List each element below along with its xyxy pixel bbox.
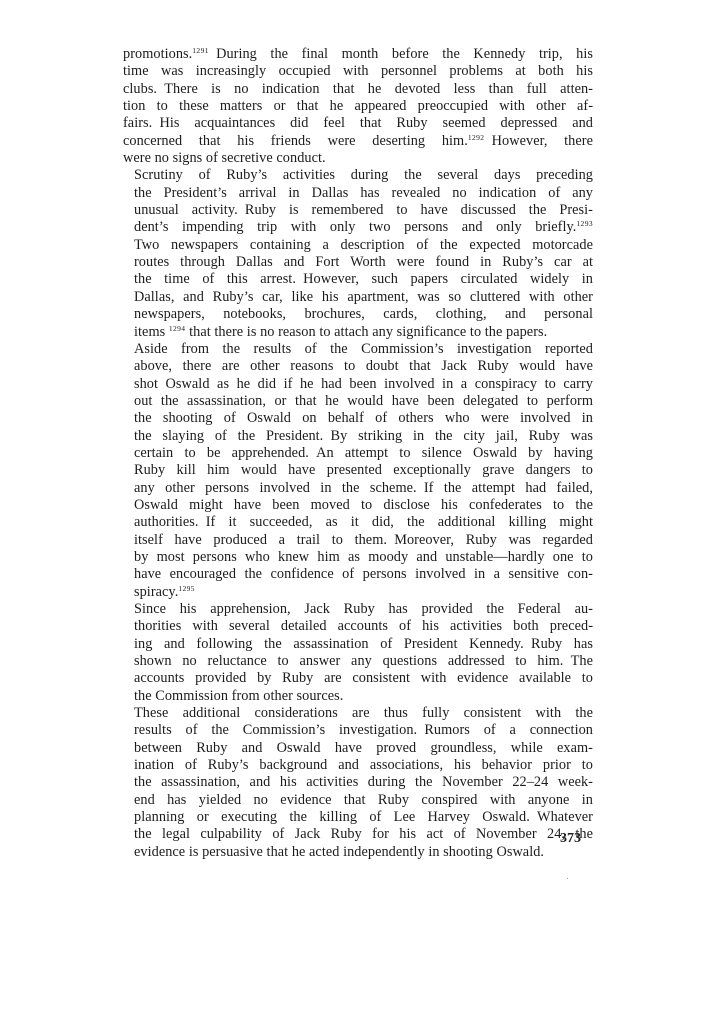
text-segment: that there is no reason to attach any si… xyxy=(185,324,547,340)
text-segment: end has yielded no evidence that Ruby co… xyxy=(134,792,593,808)
text-line: shot Oswald as he did if he had been inv… xyxy=(123,376,593,393)
text-segment: the time of this arrest. However, such p… xyxy=(134,271,593,287)
scan-speck xyxy=(567,878,568,879)
text-line: Dallas, and Ruby’s car, like his apartme… xyxy=(123,289,593,306)
text-line: the shooting of Oswald on behalf of othe… xyxy=(123,410,593,427)
text-segment: above, there are other reasons to doubt … xyxy=(134,358,593,374)
text-segment: fairs. His acquaintances did feel that R… xyxy=(123,115,593,131)
text-segment: routes through Dallas and Fort Worth wer… xyxy=(134,254,593,270)
text-segment: These additional considerations are thus… xyxy=(134,705,593,721)
text-line: spiracy.1295 xyxy=(123,584,593,601)
text-line: Ruby kill him would have presented excep… xyxy=(123,462,593,479)
text-segment: clubs. There is no indication that he de… xyxy=(123,81,593,97)
paragraph: promotions.1291 During the final month b… xyxy=(123,46,593,167)
text-segment: shot Oswald as he did if he had been inv… xyxy=(134,376,593,392)
text-segment: time was increasingly occupied with pers… xyxy=(123,63,593,79)
text-line: fairs. His acquaintances did feel that R… xyxy=(123,115,593,132)
text-segment: between Ruby and Oswald have proved grou… xyxy=(134,740,593,756)
text-segment: tion to these matters or that he appeare… xyxy=(123,98,593,114)
text-segment: spiracy. xyxy=(134,584,178,600)
text-segment: were no signs of secretive conduct. xyxy=(123,150,326,166)
text-segment: the shooting of Oswald on behalf of othe… xyxy=(134,410,593,426)
text-line: above, there are other reasons to doubt … xyxy=(123,358,593,375)
text-segment: the Commission from other sources. xyxy=(134,688,343,704)
footnote-ref: 1293 xyxy=(576,219,593,228)
text-line: clubs. There is no indication that he de… xyxy=(123,81,593,98)
text-segment: out the assassination, or that he would … xyxy=(134,393,593,409)
text-segment: the legal culpability of Jack Ruby for h… xyxy=(134,826,593,842)
text-segment: the slaying of the President. By strikin… xyxy=(134,428,593,444)
text-segment: Aside from the results of the Commission… xyxy=(134,341,593,357)
text-line: authorities. If it succeeded, as it did,… xyxy=(123,514,593,531)
text-segment: by most persons who knew him as moody an… xyxy=(134,549,593,565)
text-line: newspapers, notebooks, brochures, cards,… xyxy=(123,306,593,323)
document-page: promotions.1291 During the final month b… xyxy=(0,0,714,1010)
text-segment: promotions. xyxy=(123,46,192,62)
text-segment: Since his apprehension, Jack Ruby has pr… xyxy=(134,601,593,617)
text-line: promotions.1291 During the final month b… xyxy=(123,46,593,63)
text-segment: Scrutiny of Ruby’s activities during the… xyxy=(134,167,593,183)
text-line: These additional considerations are thus… xyxy=(123,705,593,722)
text-segment: ing and following the assassination of P… xyxy=(134,636,593,652)
text-segment: the assassination, and his activities du… xyxy=(134,774,593,790)
text-line: shown no reluctance to answer any questi… xyxy=(123,653,593,670)
text-line: thorities with several detailed accounts… xyxy=(123,618,593,635)
text-line: ing and following the assassination of P… xyxy=(123,636,593,653)
text-line: concerned that his friends were desertin… xyxy=(123,133,593,150)
text-line: any other persons involved in the scheme… xyxy=(123,480,593,497)
text-line: time was increasingly occupied with pers… xyxy=(123,63,593,80)
text-segment: any other persons involved in the scheme… xyxy=(134,480,593,496)
text-line: the assassination, and his activities du… xyxy=(123,774,593,791)
text-line: tion to these matters or that he appeare… xyxy=(123,98,593,115)
paragraph: These additional considerations are thus… xyxy=(123,705,593,861)
text-segment: During the final month before the Kenned… xyxy=(209,46,593,62)
text-line: the Commission from other sources. xyxy=(123,688,593,705)
text-segment: Two newspapers containing a description … xyxy=(134,237,593,253)
text-line: Oswald might have been moved to disclose… xyxy=(123,497,593,514)
text-line: Aside from the results of the Commission… xyxy=(123,341,593,358)
text-line: the slaying of the President. By strikin… xyxy=(123,428,593,445)
text-line: results of the Commission’s investigatio… xyxy=(123,722,593,739)
text-line: end has yielded no evidence that Ruby co… xyxy=(123,792,593,809)
text-line: planning or executing the killing of Lee… xyxy=(123,809,593,826)
text-segment: the President’s arrival in Dallas has re… xyxy=(134,185,593,201)
text-line: itself have produced a trail to them. Mo… xyxy=(123,532,593,549)
text-line: items 1294 that there is no reason to at… xyxy=(123,324,593,341)
text-segment: accounts provided by Ruby are consistent… xyxy=(134,670,593,686)
text-segment: itself have produced a trail to them. Mo… xyxy=(134,532,593,548)
text-segment: planning or executing the killing of Lee… xyxy=(134,809,593,825)
text-line: certain to be apprehended. An attempt to… xyxy=(123,445,593,462)
text-line: Two newspapers containing a description … xyxy=(123,237,593,254)
footnote-ref: 1292 xyxy=(468,133,485,142)
text-line: the legal culpability of Jack Ruby for h… xyxy=(123,826,593,843)
text-segment: certain to be apprehended. An attempt to… xyxy=(134,445,593,461)
text-line: Scrutiny of Ruby’s activities during the… xyxy=(123,167,593,184)
footnote-ref: 1295 xyxy=(178,584,195,593)
text-segment: concerned that his friends were desertin… xyxy=(123,133,468,149)
text-line: unusual activity. Ruby is remembered to … xyxy=(123,202,593,219)
text-line: ination of Ruby’s background and associa… xyxy=(123,757,593,774)
text-segment: items xyxy=(134,324,169,340)
text-line: Since his apprehension, Jack Ruby has pr… xyxy=(123,601,593,618)
footnote-ref: 1291 xyxy=(192,46,209,55)
text-segment: shown no reluctance to answer any questi… xyxy=(134,653,593,669)
text-segment: authorities. If it succeeded, as it did,… xyxy=(134,514,593,530)
text-line: accounts provided by Ruby are consistent… xyxy=(123,670,593,687)
text-segment: ination of Ruby’s background and associa… xyxy=(134,757,593,773)
text-segment: Dallas, and Ruby’s car, like his apartme… xyxy=(134,289,593,305)
text-line: have encouraged the confidence of person… xyxy=(123,566,593,583)
text-line: routes through Dallas and Fort Worth wer… xyxy=(123,254,593,271)
text-segment: Ruby kill him would have presented excep… xyxy=(134,462,593,478)
paragraph: Aside from the results of the Commission… xyxy=(123,341,593,601)
text-line: the time of this arrest. However, such p… xyxy=(123,271,593,288)
text-segment: evidence is persuasive that he acted ind… xyxy=(134,844,544,860)
text-segment: Oswald might have been moved to disclose… xyxy=(134,497,593,513)
text-segment: thorities with several detailed accounts… xyxy=(134,618,593,634)
text-line: the President’s arrival in Dallas has re… xyxy=(123,185,593,202)
body-text: promotions.1291 During the final month b… xyxy=(123,46,593,861)
text-line: dent’s impending trip with only two pers… xyxy=(123,219,593,236)
text-segment: unusual activity. Ruby is remembered to … xyxy=(134,202,593,218)
text-line: were no signs of secretive conduct. xyxy=(123,150,593,167)
text-segment: have encouraged the confidence of person… xyxy=(134,566,593,582)
text-line: out the assassination, or that he would … xyxy=(123,393,593,410)
text-line: evidence is persuasive that he acted ind… xyxy=(123,844,593,861)
page-number: 373 xyxy=(560,831,581,847)
text-segment: results of the Commission’s investigatio… xyxy=(134,722,593,738)
text-segment: newspapers, notebooks, brochures, cards,… xyxy=(134,306,593,322)
text-line: by most persons who knew him as moody an… xyxy=(123,549,593,566)
paragraph: Scrutiny of Ruby’s activities during the… xyxy=(123,167,593,340)
footnote-ref: 1294 xyxy=(169,324,186,333)
paragraph: Since his apprehension, Jack Ruby has pr… xyxy=(123,601,593,705)
text-segment: dent’s impending trip with only two pers… xyxy=(134,219,576,235)
text-segment: However, there xyxy=(484,133,593,149)
text-line: between Ruby and Oswald have proved grou… xyxy=(123,740,593,757)
